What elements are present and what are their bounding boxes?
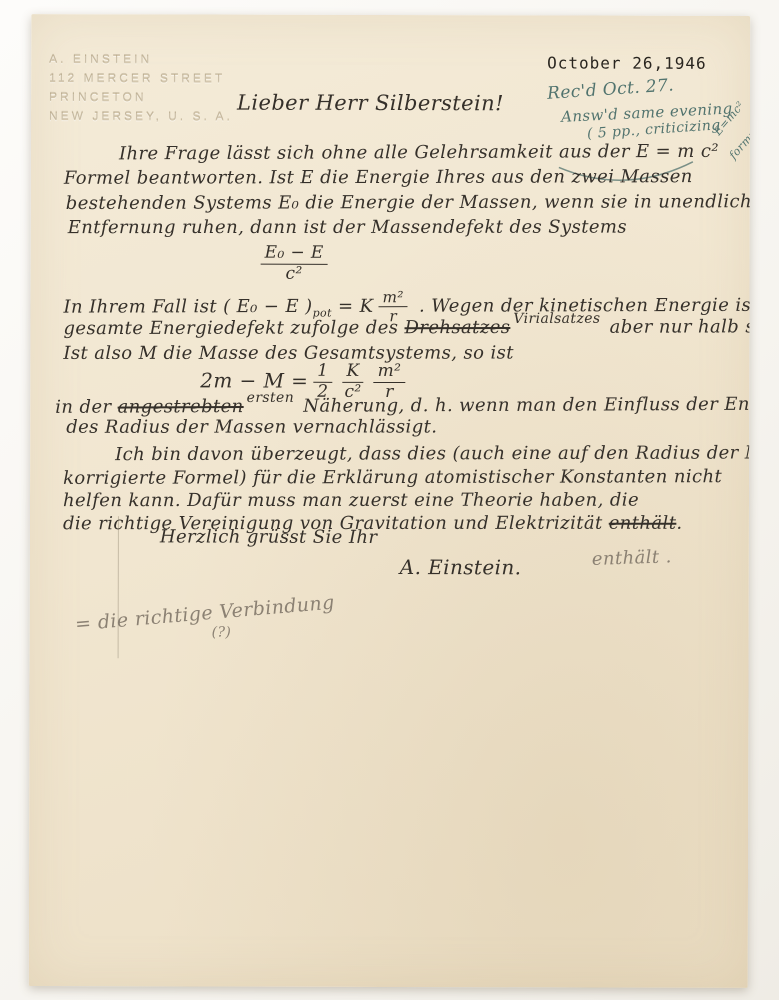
body-line: Ich bin davon überzeugt, dass dies (auch…: [115, 442, 750, 465]
letterhead-state: NEW JERSEY, U. S. A.: [49, 107, 233, 126]
fraction-denominator: c²: [286, 265, 303, 284]
pencil-note-question: (?): [212, 625, 232, 641]
body-line: in der angestrebtenersten Näherung, d. h…: [55, 393, 750, 417]
body-line: des Radius der Massen vernachlässigt.: [66, 416, 437, 437]
struck-word: enthält: [609, 513, 677, 534]
body-line: bestehenden Systems E₀ die Energie der M…: [66, 191, 751, 214]
signature: A. Einstein.: [400, 555, 522, 579]
body-text: = K: [332, 296, 374, 317]
struck-word: Drehsatzes: [404, 317, 510, 338]
fraction-numerator: m²: [374, 363, 406, 383]
letterhead-city: PRINCETON: [49, 88, 233, 107]
letter-photo: A. EINSTEIN 112 MERCER STREET PRINCETON …: [0, 0, 779, 1000]
salutation: Lieber Herr Silberstein!: [237, 91, 504, 116]
body-text: In Ihrem Fall ist ( E₀ − E ): [63, 296, 312, 318]
pencil-note-enthalt: enthält .: [592, 546, 672, 570]
typed-date: October 26,1946: [547, 53, 707, 72]
body-text: Näherung, d. h. wenn man den Einfluss de…: [297, 393, 750, 416]
body-line: gesamte Energiedefekt zufolge des Drehsa…: [63, 316, 750, 339]
body-text: .: [676, 513, 682, 534]
body-line: helfen kann. Dafür muss man zuerst eine …: [63, 490, 639, 512]
body-line: Ist also M die Masse des Gesamtsystems, …: [63, 343, 514, 364]
fraction: E₀ − E c²: [261, 245, 328, 284]
struck-word: angestrebten: [118, 396, 244, 418]
letterhead-name: A. EINSTEIN: [49, 50, 233, 69]
mass-defect-formula: E₀ − E c²: [256, 245, 333, 284]
body-text: in der: [55, 397, 117, 418]
inserted-word-ersten: ersten: [247, 390, 295, 406]
fraction-numerator: E₀ − E: [261, 245, 328, 265]
fraction-numerator: 1: [313, 363, 332, 383]
letterhead-street: 112 MERCER STREET: [49, 69, 233, 88]
body-text: aber nur halb so gross.: [603, 316, 750, 338]
embossed-letterhead: A. EINSTEIN 112 MERCER STREET PRINCETON …: [49, 50, 233, 126]
pencil-note-bottom: = die richtige Verbindung: [74, 592, 335, 636]
inserted-word-virialsatzes: Virialsatzes: [513, 311, 600, 327]
body-text: gesamte Energiedefekt zufolge des: [63, 317, 404, 339]
annotation-received: Rec'd Oct. 27.: [547, 75, 675, 103]
body-line: korrigierte Formel) für die Erklärung at…: [63, 466, 722, 489]
body-line: Formel beantworten. Ist E die Energie Ih…: [64, 166, 693, 189]
closing: Herzlich grüsst Sie Ihr: [160, 526, 378, 548]
body-line: Entfernung ruhen, dann ist der Massendef…: [68, 217, 627, 238]
fraction-numerator: K: [342, 363, 363, 383]
fraction-numerator: m²: [378, 289, 407, 307]
body-line: Ihre Frage lässt sich ohne alle Gelehrsa…: [119, 141, 719, 165]
pencil-crease-line: [118, 516, 119, 658]
letter-paper: A. EINSTEIN 112 MERCER STREET PRINCETON …: [29, 14, 751, 988]
